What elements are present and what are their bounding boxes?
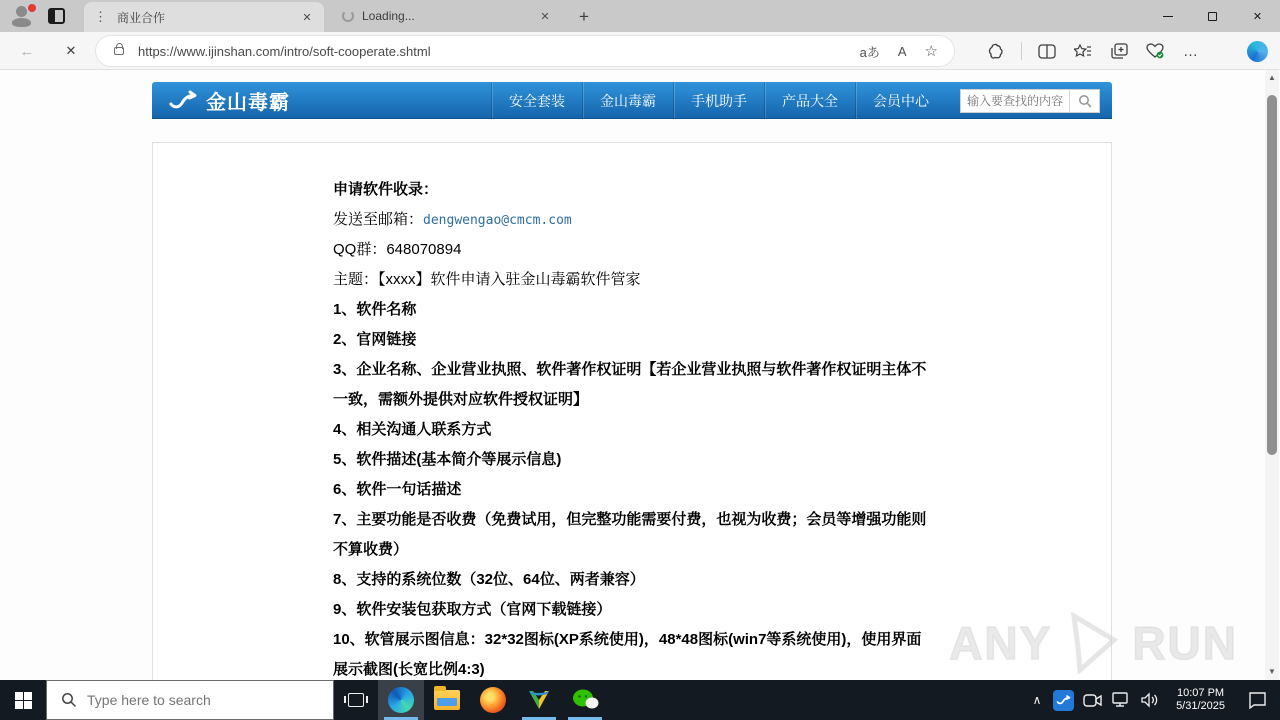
site-nav-bar: 金山毒霸 安全套装 金山毒霸 手机助手 产品大全 会员中心 — [152, 82, 1112, 119]
tab-active[interactable]: ⋮ 商业合作 ✕ — [84, 2, 324, 32]
read-aloud-icon[interactable]: A — [898, 44, 907, 59]
favorite-star-icon[interactable]: ☆ — [925, 42, 938, 60]
browser-essentials-icon[interactable] — [1144, 39, 1166, 63]
watermark-run-text: RUN — [1132, 616, 1238, 670]
windows-taskbar: ∧ 10:07 PM 5/31/2025 — [0, 680, 1280, 720]
translate-icon[interactable]: aあ — [860, 42, 880, 61]
email-prefix: 发送至邮箱： — [333, 211, 423, 228]
scroll-down-icon[interactable]: ▼ — [1265, 664, 1279, 680]
tray-volume-icon[interactable] — [1139, 689, 1161, 711]
content-item: 2、官网链接 — [333, 325, 1111, 355]
window-controls: ✕ — [1145, 0, 1280, 32]
tab-title: 商业合作 — [117, 9, 298, 26]
windows-logo-icon — [15, 692, 32, 709]
extensions-icon[interactable] — [985, 39, 1007, 63]
content-email-line: 发送至邮箱：dengwengao@cmcm.com — [333, 205, 1111, 235]
site-nav-items: 安全套装 金山毒霸 手机助手 产品大全 会员中心 — [491, 82, 946, 119]
content-item: 1、软件名称 — [333, 295, 1111, 325]
magnifier-icon — [1078, 94, 1092, 108]
taskbar-app-antivirus[interactable] — [516, 680, 562, 720]
content-item: 一致，需额外提供对应软件授权证明】 — [333, 385, 1111, 415]
profile-avatar-icon[interactable] — [10, 4, 36, 28]
content-item: 3、企业名称、企业营业执照、软件著作权证明【若企业营业执照与软件著作权证明主体不 — [333, 355, 1111, 385]
taskbar-app-explorer[interactable] — [424, 680, 470, 720]
copilot-icon[interactable] — [1247, 41, 1268, 62]
close-button[interactable]: ✕ — [1235, 0, 1280, 32]
site-search-button[interactable] — [1069, 90, 1099, 112]
task-view-icon — [348, 693, 364, 707]
site-logo[interactable]: 金山毒霸 — [168, 86, 491, 115]
page-viewport: 金山毒霸 安全套装 金山毒霸 手机助手 产品大全 会员中心 申请软件收录： 发送… — [0, 70, 1280, 680]
tab-menu-icon[interactable]: ⋮ — [94, 9, 107, 25]
nav-item-duba[interactable]: 金山毒霸 — [582, 82, 673, 119]
minimize-button[interactable] — [1145, 0, 1190, 32]
email-link[interactable]: dengwengao@cmcm.com — [423, 213, 572, 228]
toolbar-separator — [1021, 42, 1022, 60]
clock-time: 10:07 PM — [1176, 687, 1225, 700]
minimize-icon — [1163, 16, 1173, 17]
anyrun-play-icon — [1056, 612, 1128, 674]
start-button[interactable] — [0, 680, 46, 720]
content-item: 4、相关沟通人联系方式 — [333, 415, 1111, 445]
restore-button[interactable] — [1190, 0, 1235, 32]
content-item: 5、软件描述(基本简介等展示信息) — [333, 445, 1111, 475]
loading-spinner-icon — [342, 10, 354, 22]
tab-loading[interactable]: Loading... ✕ — [330, 0, 562, 32]
scroll-up-icon[interactable]: ▲ — [1265, 70, 1279, 86]
avatar-head — [16, 6, 27, 17]
watermark-any-text: ANY — [949, 616, 1052, 670]
content-item: 7、主要功能是否收费（免费试用，但完整功能需要付费，也视为收费；会员等增强功能则 — [333, 505, 1111, 535]
tray-kingsoft-icon[interactable] — [1053, 690, 1074, 711]
anyrun-watermark: ANY RUN — [949, 612, 1238, 674]
content-item: 8、支持的系统位数（32位、64位、两者兼容） — [333, 565, 1111, 595]
taskbar-app-wechat[interactable] — [562, 680, 608, 720]
workspace-window-icon[interactable] — [48, 8, 65, 24]
scrollbar-thumb[interactable] — [1267, 95, 1277, 455]
kingsoft-swoosh-icon — [168, 88, 198, 114]
taskbar-app-edge[interactable] — [378, 680, 424, 720]
tab-title: Loading... — [362, 9, 536, 23]
content-subject-line: 主题：【xxxx】软件申请入驻金山毒霸软件管家 — [333, 265, 1111, 295]
nav-item-all-products[interactable]: 产品大全 — [764, 82, 855, 119]
settings-more-icon[interactable]: … — [1180, 39, 1202, 63]
address-bar[interactable]: https://www.ijinshan.com/intro/soft-coop… — [96, 36, 954, 66]
new-tab-button[interactable]: + — [572, 6, 596, 28]
tray-meet-now-icon[interactable] — [1081, 689, 1103, 711]
browser-titlebar: ⋮ 商业合作 ✕ Loading... ✕ + ✕ — [0, 0, 1280, 32]
collections-icon[interactable] — [1108, 39, 1130, 63]
page-scrollbar[interactable]: ▲ ▼ — [1265, 70, 1279, 680]
taskbar-search-box[interactable] — [46, 680, 334, 720]
favorites-hub-icon[interactable] — [1072, 39, 1094, 63]
edge-icon — [388, 687, 414, 713]
browser-toolbar: ← ✕ https://www.ijinshan.com/intro/soft-… — [0, 32, 1280, 70]
kingsoft-shield-icon — [526, 687, 552, 713]
restore-icon — [1208, 12, 1217, 21]
tray-network-icon[interactable] — [1110, 689, 1132, 711]
taskbar-search-input[interactable] — [87, 692, 307, 708]
action-center-icon — [1248, 692, 1267, 709]
article-content: 申请软件收录： 发送至邮箱：dengwengao@cmcm.com QQ群：64… — [152, 142, 1112, 680]
action-center-button[interactable] — [1240, 680, 1274, 720]
firefox-icon — [480, 687, 506, 713]
taskbar-app-firefox[interactable] — [470, 680, 516, 720]
nav-item-security-suite[interactable]: 安全套装 — [491, 82, 582, 119]
nav-item-phone-assistant[interactable]: 手机助手 — [673, 82, 764, 119]
clock-date: 5/31/2025 — [1176, 700, 1225, 713]
tab-close-icon[interactable]: ✕ — [298, 8, 316, 26]
wechat-icon — [572, 688, 599, 712]
system-tray: ∧ 10:07 PM 5/31/2025 — [1028, 680, 1280, 720]
search-icon — [61, 692, 77, 708]
tray-chevron-icon[interactable]: ∧ — [1028, 693, 1046, 707]
task-view-button[interactable] — [334, 680, 378, 720]
nav-item-member-center[interactable]: 会员中心 — [855, 82, 946, 119]
site-search-input[interactable] — [961, 90, 1069, 112]
tab-close-icon[interactable]: ✕ — [536, 7, 554, 25]
file-explorer-icon — [434, 690, 460, 710]
lock-icon[interactable] — [114, 47, 124, 55]
taskbar-clock[interactable]: 10:07 PM 5/31/2025 — [1168, 687, 1233, 713]
site-logo-text: 金山毒霸 — [206, 86, 290, 115]
url-text[interactable]: https://www.ijinshan.com/intro/soft-coop… — [138, 44, 860, 59]
content-item: 6、软件一句话描述 — [333, 475, 1111, 505]
avatar-body — [12, 18, 31, 27]
content-item: 不算收费） — [333, 535, 1111, 565]
content-heading: 申请软件收录： — [333, 175, 1111, 205]
back-button[interactable]: ← — [15, 39, 39, 63]
site-search-box — [960, 89, 1100, 113]
content-qq-line: QQ群：648070894 — [333, 235, 1111, 265]
split-screen-icon[interactable] — [1036, 39, 1058, 63]
notification-dot — [28, 4, 36, 12]
stop-button[interactable]: ✕ — [59, 39, 83, 63]
